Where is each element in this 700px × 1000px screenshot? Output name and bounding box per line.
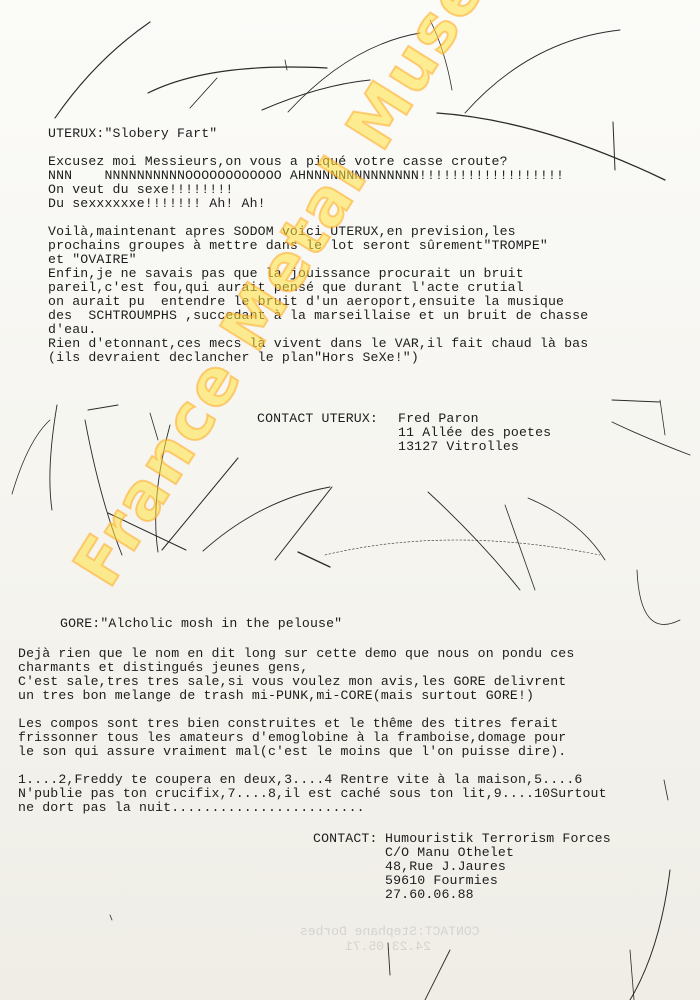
text-line: Du sexxxxxxe!!!!!!! Ah! Ah!: [48, 197, 266, 211]
text-line: un tres bon melange de trash mi-PUNK,mi-…: [18, 689, 534, 703]
contact-label: CONTACT UTERUX:: [257, 412, 378, 426]
text-line: des SCHTROUMPHS ,succedant à la marseill…: [48, 309, 588, 323]
review-title-gore: GORE:"Alcholic mosh in the pelouse": [60, 617, 342, 631]
review-title-uterux: UTERUX:"Slobery Fart": [48, 127, 217, 141]
contact-line: 13127 Vitrolles: [398, 440, 519, 454]
bleed-through-contact: CONTACT:Stephane Dorbes: [300, 925, 479, 939]
contact-label: CONTACT:: [313, 832, 378, 846]
text-line: ne dort pas la nuit.....................…: [18, 801, 365, 815]
contact-line: 27.60.06.88: [385, 888, 474, 902]
bleed-through-phone: 24.23.05.71: [345, 940, 431, 954]
text-line: le son qui assure vraiment mal(c'est le …: [18, 745, 566, 759]
